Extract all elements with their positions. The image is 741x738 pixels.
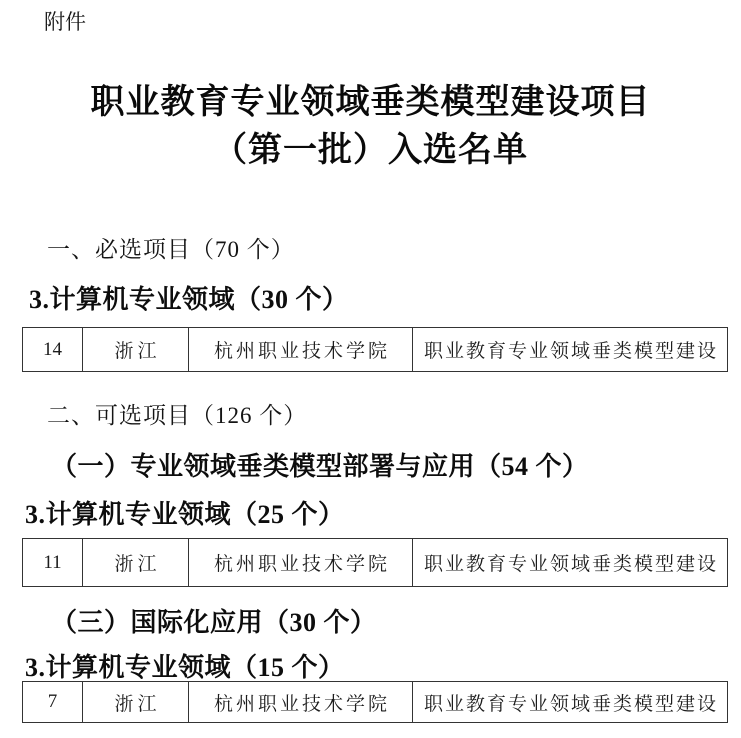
attachment-label: 附件 — [44, 6, 86, 36]
school-cell: 杭州职业技术学院 — [189, 539, 413, 587]
table-row: 7 浙江 杭州职业技术学院 职业教育专业领域垂类模型建设 — [23, 682, 728, 723]
project-name-cell: 职业教育专业领域垂类模型建设 — [413, 682, 728, 723]
school-cell: 杭州职业技术学院 — [189, 328, 413, 372]
school-cell: 杭州职业技术学院 — [189, 682, 413, 723]
row-number-cell: 11 — [23, 539, 83, 587]
section-3-subheading-1: （三）国际化应用（30 个） — [51, 602, 377, 639]
project-name-cell: 职业教育专业领域垂类模型建设 — [413, 328, 728, 372]
section-2-subheading-1: （一）专业领域垂类模型部署与应用（54 个） — [51, 446, 589, 483]
section-3-subheading-2: 3.计算机专业领域（15 个） — [25, 647, 345, 684]
required-projects-table: 14 浙江 杭州职业技术学院 职业教育专业领域垂类模型建设 — [22, 327, 728, 372]
row-number-cell: 14 — [23, 328, 83, 372]
document-title: 职业教育专业领域垂类模型建设项目 （第一批）入选名单 — [0, 79, 741, 175]
document-title-line-1: 职业教育专业领域垂类模型建设项目 — [0, 79, 741, 127]
section-2-subheading-2: 3.计算机专业领域（25 个） — [25, 494, 345, 531]
document-page: 附件 职业教育专业领域垂类模型建设项目 （第一批）入选名单 一、必选项目（70 … — [0, 0, 741, 738]
project-name-cell: 职业教育专业领域垂类模型建设 — [413, 539, 728, 587]
document-title-line-2: （第一批）入选名单 — [0, 127, 741, 175]
table-row: 14 浙江 杭州职业技术学院 职业教育专业领域垂类模型建设 — [23, 328, 728, 372]
province-cell: 浙江 — [83, 328, 189, 372]
province-cell: 浙江 — [83, 682, 189, 723]
section-2-heading: 二、可选项目（126 个） — [47, 397, 307, 430]
section-1-heading: 一、必选项目（70 个） — [47, 231, 295, 264]
section-1-subheading: 3.计算机专业领域（30 个） — [29, 279, 349, 316]
optional-projects-table-2: 7 浙江 杭州职业技术学院 职业教育专业领域垂类模型建设 — [22, 681, 728, 723]
optional-projects-table-1: 11 浙江 杭州职业技术学院 职业教育专业领域垂类模型建设 — [22, 538, 728, 587]
province-cell: 浙江 — [83, 539, 189, 587]
row-number-cell: 7 — [23, 682, 83, 723]
table-row: 11 浙江 杭州职业技术学院 职业教育专业领域垂类模型建设 — [23, 539, 728, 587]
